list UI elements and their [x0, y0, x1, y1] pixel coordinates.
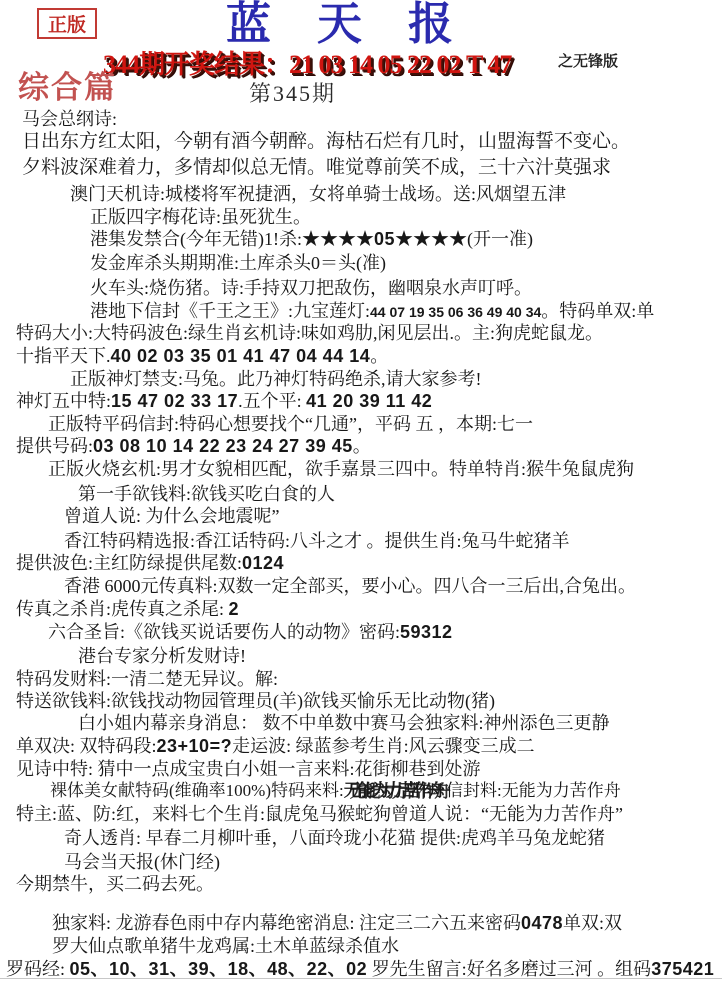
text-segment: 港地下信封《千王之王》:九宝莲灯:: [90, 301, 370, 321]
text-line: 正版特平码信封:特码心想要找个“几通”，平码 五 ，本期:七一: [48, 413, 533, 435]
text-segment: ★★★★: [395, 229, 467, 249]
text-line: 港台专家分析发财诗!: [78, 645, 246, 667]
text-line: 裸体美女献特码(维确率100%)特码来料:无能为力苦作舟无能为力苦作舟 信封料:…: [50, 780, 621, 802]
text-line: 正版四字梅花诗:虽死犹生。: [90, 206, 311, 228]
text-line: 火车头:烧伤猪。诗:手持双刀把敌伤，幽咽泉水声叮呼。: [90, 277, 532, 299]
text-segment: 正版火烧玄机:男才女貌相匹配，欲手嘉景三四中。特单特肖:猴牛兔鼠虎狗: [48, 459, 634, 479]
text-segment: 见诗中特: 猜中一点成宝贵白小姐一言来料:花街柳巷到处游: [16, 759, 481, 779]
text-line: 正版神灯禁支:马兔。此乃神灯特码绝杀,请大家参考!: [70, 368, 482, 390]
text-segment: 2: [229, 599, 240, 619]
text-line: 特主:蓝、防:红，来料七个生肖:鼠虎兔马猴蛇狗曾道人说：“无能为力苦作舟”: [16, 803, 623, 825]
text-segment: 03 08 10 14 22 23 24 27 39 45: [93, 436, 353, 456]
text-segment: 六合圣旨:《欲钱买说话要伤人的动物》密码:: [48, 622, 400, 642]
text-segment: 提供号码:: [16, 436, 93, 456]
text-line: 马会当天报(休门经): [64, 851, 220, 873]
text-segment: 独家料: 龙游春色雨中存内幕绝密消息: 注定三二六五来密码: [52, 913, 521, 933]
text-segment: ★★★★: [302, 229, 374, 249]
text-segment: 正版神灯禁支:马兔。此乃神灯特码绝杀,请大家参考!: [70, 369, 482, 389]
text-segment: 澳门天机诗:城楼将军祝捷洒，女将单骑士战场。送:风烟望五津: [70, 184, 566, 204]
text-segment: 曾道人说: 为什么会地震呢”: [64, 506, 280, 526]
text-line: 单双决: 双特码段:23+10=?走运波: 绿蓝参考生肖:风云骤变三成二: [16, 735, 535, 757]
text-segment: 白小姐内幕亲身消息： 数不中单数中赛马会独家料:神州添色三更静: [78, 713, 610, 733]
text-segment: 香港 6000元传真料:双数一定全部买，要小心。四八合一三后出,合兔出。: [64, 576, 636, 596]
newspaper-page: 正版 蓝天报 344期开奖结果：21 03 14 05 22 02 T 47 之…: [0, 0, 722, 1008]
text-segment: 神灯五中特:: [16, 391, 111, 411]
text-segment: 375421: [651, 959, 714, 979]
text-line: 六合圣旨:《欲钱买说话要伤人的动物》密码:59312: [48, 621, 453, 643]
text-line: 独家料: 龙游春色雨中存内幕绝密消息: 注定三二六五来密码0478单双:双: [52, 912, 622, 934]
text-line: 奇人透肖: 早春二月柳叶垂，八面玲珑小花猫 提供:虎鸡羊马兔龙蛇猪: [64, 827, 605, 849]
authentic-badge: 正版: [37, 8, 97, 39]
text-segment: 单双:双: [563, 913, 622, 933]
text-segment: 特送欲钱料:欲钱找动物园管理员(羊)欲钱买愉乐无比动物(猪): [16, 691, 495, 711]
text-line: 见诗中特: 猜中一点成宝贵白小姐一言来料:花街柳巷到处游: [16, 758, 481, 780]
text-segment: 日出东方红太阳，今朝有酒今朝醉。海枯石烂有几时，山盟海誓不变心。: [22, 131, 630, 152]
text-segment: 。特码单双:单: [541, 301, 654, 321]
text-segment: 罗大仙点歌单猪牛龙鸡属:土木单蓝绿杀值水: [52, 936, 399, 956]
text-segment: 马会当天报(休门经): [64, 852, 220, 872]
text-segment: 火车头:烧伤猪。诗:手持双刀把敌伤，幽咽泉水声叮呼。: [90, 278, 532, 298]
text-segment: 马会总纲诗:: [22, 109, 117, 129]
text-line: 日出东方红太阳，今朝有酒今朝醉。海枯石烂有几时，山盟海誓不变心。: [22, 131, 630, 153]
text-line: 传真之杀肖:虎传真之杀尾: 2: [16, 598, 239, 620]
text-segment: 港集发禁合(今年无错)1!杀:: [90, 229, 302, 249]
text-segment: 提供波色:主红防绿提供尾数:: [16, 553, 242, 573]
text-segment: 罗先生留言:好名多磨过三河 。组码: [367, 959, 651, 979]
text-segment: 41 20 39 11 42: [306, 391, 432, 411]
authentic-badge-label: 正版: [48, 10, 86, 37]
text-segment: 0124: [242, 553, 284, 573]
text-line: 提供号码:03 08 10 14 22 23 24 27 39 45。: [16, 435, 371, 457]
text-segment: 香江特码精选报:香江话特码:八斗之才 。提供生肖:兔马牛蛇猪羊: [64, 531, 570, 551]
text-line: 夕料波深难着力，多情却似总无情。唯觉尊前笑不成，三十六汁莫强求: [22, 157, 611, 179]
text-segment: 特码大小:大特码波色:绿生肖玄机诗:味如鸡肋,闲见层出.。主:狗虎蛇鼠龙。: [16, 323, 603, 343]
text-line: 十指平天下.40 02 03 35 01 41 47 04 44 14。: [16, 345, 388, 367]
text-segment: 59312: [400, 622, 453, 642]
text-segment: 港台专家分析发财诗!: [78, 646, 246, 666]
text-line: 第一手欲钱料:欲钱买吃白食的人: [78, 483, 335, 505]
text-line: 香江特码精选报:香江话特码:八斗之才 。提供生肖:兔马牛蛇猪羊: [64, 530, 570, 552]
text-segment: 单双决: 双特码段:: [16, 736, 157, 756]
text-segment: 特主:蓝、防:红，来料七个生肖:鼠虎兔马猴蛇狗曾道人说：“无能为力苦作舟”: [16, 804, 623, 824]
text-segment: 05、10、31、39、18、48、22、02: [70, 959, 368, 979]
text-segment: 传真之杀肖:虎传真之杀尾:: [16, 599, 229, 619]
text-segment: 第一手欲钱料:欲钱买吃白食的人: [78, 484, 335, 504]
overlapped-print-segment: 无能为力苦作舟无能为力苦作舟: [344, 780, 442, 802]
text-line: 香港 6000元传真料:双数一定全部买，要小心。四八合一三后出,合兔出。: [64, 575, 636, 597]
text-segment: 走运波: 绿蓝参考生肖:风云骤变三成二: [232, 736, 535, 756]
text-segment: 发金库杀头期期准:土库杀头0＝头(准): [90, 253, 386, 273]
text-line: 港集发禁合(今年无错)1!杀:★★★★05★★★★(开一准): [90, 228, 533, 250]
text-segment: 15 47 02 33 17: [111, 391, 238, 411]
text-segment: 05: [374, 229, 395, 249]
text-segment: 罗码经:: [6, 959, 70, 979]
text-line: 澳门天机诗:城楼将军祝捷洒，女将单骑士战场。送:风烟望五津: [70, 183, 566, 205]
edition-label: 之无锋版: [558, 50, 618, 71]
section-title: 综合篇: [18, 62, 117, 107]
text-segment: 今期禁牛，买二码去死。: [16, 874, 214, 894]
text-line: 今期禁牛，买二码去死。: [16, 873, 214, 895]
text-line: 曾道人说: 为什么会地震呢”: [64, 505, 280, 527]
text-segment: 44 07 19 35 06 36 49 40 34: [370, 304, 541, 320]
text-segment: 夕料波深难着力，多情却似总无情。唯觉尊前笑不成，三十六汁莫强求: [22, 157, 611, 178]
text-segment: 正版特平码信封:特码心想要找个“几通”，平码 五 ，本期:七一: [48, 414, 533, 434]
text-segment: 。: [370, 346, 388, 366]
text-line: 罗大仙点歌单猪牛龙鸡属:土木单蓝绿杀值水: [52, 935, 399, 957]
text-line: 马会总纲诗:: [22, 108, 117, 130]
paper-title: 蓝天报: [226, 1, 499, 48]
text-segment: 裸体美女献特码(维确率100%)特码来料:: [50, 781, 344, 800]
text-line: 特码大小:大特码波色:绿生肖玄机诗:味如鸡肋,闲见层出.。主:狗虎蛇鼠龙。: [16, 322, 603, 344]
text-line: 特送欲钱料:欲钱找动物园管理员(羊)欲钱买愉乐无比动物(猪): [16, 690, 495, 712]
text-segment: 正版四字梅花诗:虽死犹生。: [90, 207, 311, 227]
bottom-rule: [0, 978, 722, 979]
draw-result-banner: 344期开奖结果：21 03 14 05 22 02 T 47: [103, 44, 511, 81]
text-segment: 特码发财料:一清二楚无异议。解:: [16, 669, 278, 689]
issue-number: 第345期: [249, 77, 336, 108]
text-line: 神灯五中特:15 47 02 33 17.五个平: 41 20 39 11 42: [16, 390, 432, 412]
text-segment: 。: [353, 436, 371, 456]
text-line: 罗码经: 05、10、31、39、18、48、22、02 罗先生留言:好名多磨过…: [6, 958, 714, 980]
text-line: 发金库杀头期期准:土库杀头0＝头(准): [90, 252, 386, 274]
text-segment: 信封料:无能为力苦作舟: [442, 781, 621, 800]
text-segment: .五个平:: [238, 391, 306, 411]
text-segment: 十指平天下.: [16, 346, 111, 366]
text-line: 港地下信封《千王之王》:九宝莲灯:44 07 19 35 06 36 49 40…: [90, 300, 654, 323]
text-segment: 无能为力苦作舟: [350, 781, 448, 803]
text-line: 正版火烧玄机:男才女貌相匹配，欲手嘉景三四中。特单特肖:猴牛兔鼠虎狗: [48, 458, 634, 480]
text-segment: 奇人透肖: 早春二月柳叶垂，八面玲珑小花猫 提供:虎鸡羊马兔龙蛇猪: [64, 828, 605, 848]
text-segment: 40 02 03 35 01 41 47 04 44 14: [111, 346, 371, 366]
text-segment: (开一准): [467, 229, 533, 249]
text-line: 特码发财料:一清二楚无异议。解:: [16, 668, 278, 690]
text-segment: 0478: [521, 913, 563, 933]
text-line: 提供波色:主红防绿提供尾数:0124: [16, 552, 284, 574]
text-line: 白小姐内幕亲身消息： 数不中单数中赛马会独家料:神州添色三更静: [78, 712, 610, 734]
text-segment: 23+10=?: [157, 736, 233, 756]
